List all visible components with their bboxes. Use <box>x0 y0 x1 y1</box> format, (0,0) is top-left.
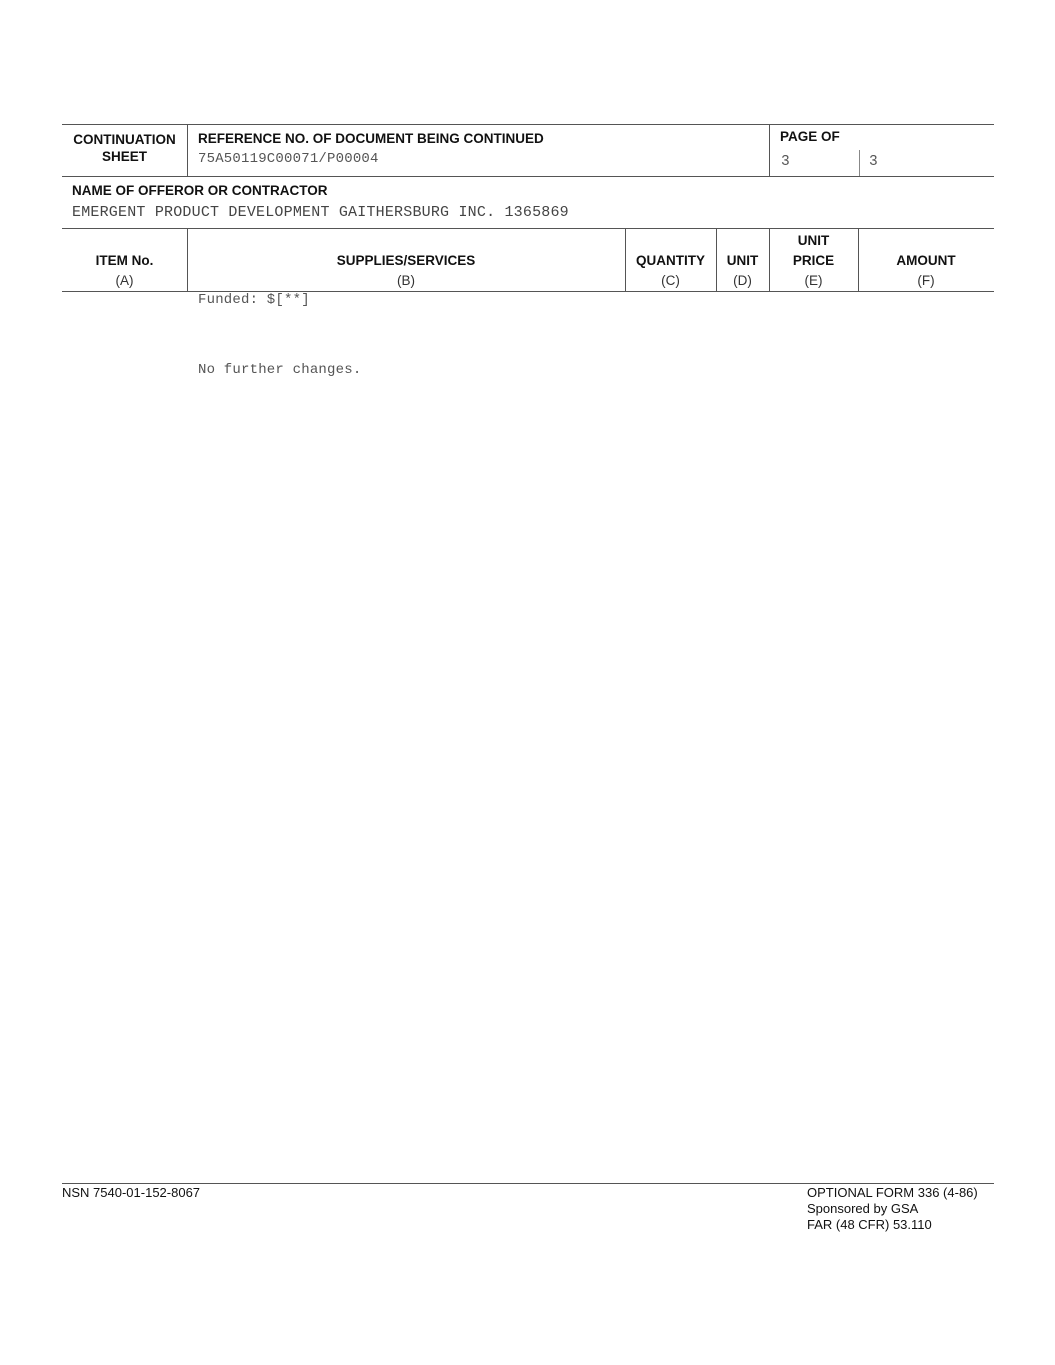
no-further-changes-line: No further changes. <box>198 362 361 378</box>
header-divider-title <box>187 124 188 177</box>
column-supplies-services: SUPPLIES/SERVICES (B) <box>187 231 625 291</box>
page-number: 3 <box>781 154 790 170</box>
form-citation: OPTIONAL FORM 336 (4-86) Sponsored by GS… <box>807 1185 978 1233</box>
reference-label: REFERENCE NO. OF DOCUMENT BEING CONTINUE… <box>198 131 544 146</box>
header-top-rule <box>62 124 994 125</box>
form-title-line1: CONTINUATION <box>62 131 187 148</box>
footer-rule <box>62 1183 994 1184</box>
column-title: ITEM No. <box>62 251 187 271</box>
column-letter: (F) <box>858 271 994 291</box>
column-title: SUPPLIES/SERVICES <box>187 251 625 271</box>
sponsor: Sponsored by GSA <box>807 1201 978 1217</box>
column-letter: (D) <box>716 271 769 291</box>
column-letter: (A) <box>62 271 187 291</box>
funded-line: Funded: $[**] <box>198 292 310 308</box>
column-amount: AMOUNT (F) <box>858 231 994 291</box>
form-name: OPTIONAL FORM 336 (4-86) <box>807 1185 978 1201</box>
column-title: QUANTITY <box>625 251 716 271</box>
column-title: AMOUNT <box>858 251 994 271</box>
nsn-number: NSN 7540-01-152-8067 <box>62 1185 200 1201</box>
columns-top-rule <box>62 228 994 229</box>
reference-value: 75A50119C00071/P00004 <box>198 151 379 167</box>
column-unit: UNIT (D) <box>716 231 769 291</box>
header-divider-page <box>769 124 770 177</box>
column-letter: (C) <box>625 271 716 291</box>
far-citation: FAR (48 CFR) 53.110 <box>807 1217 978 1233</box>
column-unit-price: UNIT PRICE (E) <box>769 231 858 291</box>
form-title: CONTINUATION SHEET <box>62 131 187 165</box>
column-letter: (B) <box>187 271 625 291</box>
page-of-divider <box>859 150 860 177</box>
column-item-no: ITEM No. (A) <box>62 231 187 291</box>
offeror-label: NAME OF OFFEROR OR CONTRACTOR <box>72 183 328 198</box>
form-title-line2: SHEET <box>62 148 187 165</box>
column-title: PRICE <box>769 251 858 271</box>
column-letter: (E) <box>769 271 858 291</box>
column-title: UNIT <box>716 251 769 271</box>
offeror-value: EMERGENT PRODUCT DEVELOPMENT GAITHERSBUR… <box>72 204 569 221</box>
page-total: 3 <box>869 154 878 170</box>
page-of-label: PAGE OF <box>780 129 840 144</box>
column-quantity: QUANTITY (C) <box>625 231 716 291</box>
header-bottom-rule <box>62 176 994 177</box>
